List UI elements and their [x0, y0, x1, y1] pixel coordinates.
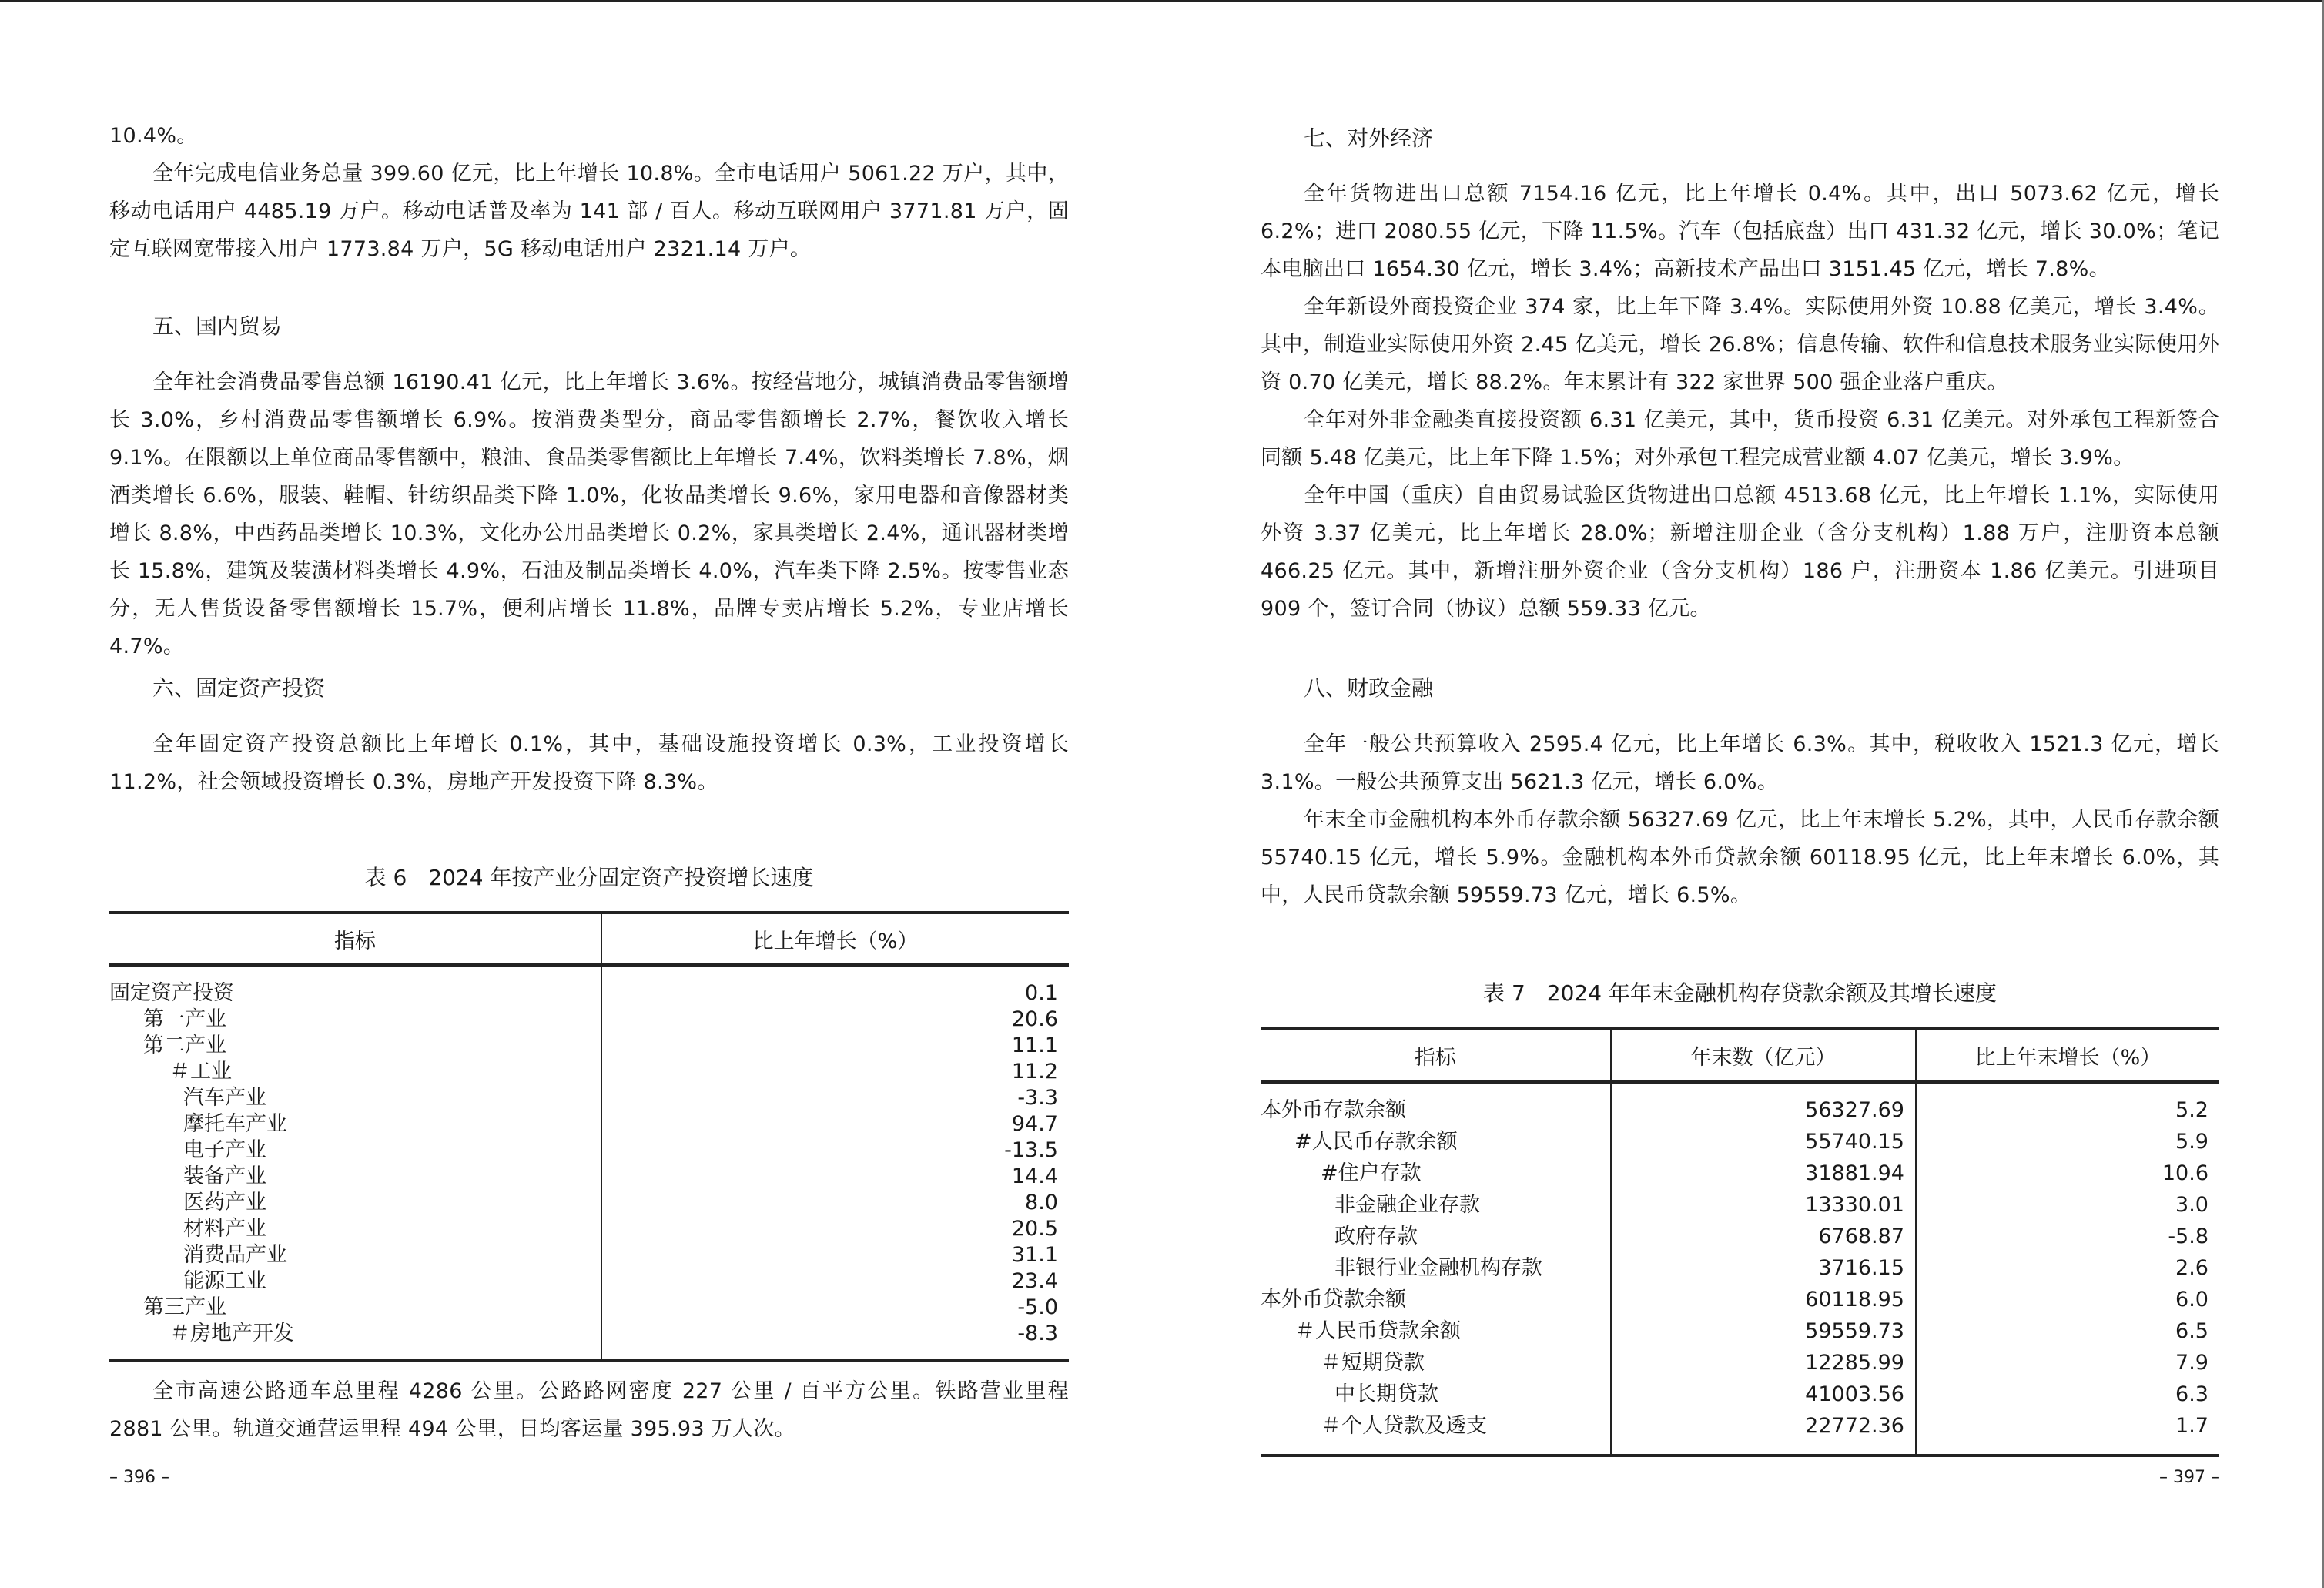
table-row: 固定资产投资0.1 [109, 965, 1069, 1007]
row-value: -13.5 [601, 1137, 1069, 1164]
row-value: 14.4 [601, 1164, 1069, 1190]
row-growth: -5.8 [1916, 1221, 2219, 1252]
table-row: 材料产业20.5 [109, 1216, 1069, 1242]
row-amount: 31881.94 [1611, 1157, 1916, 1189]
row-value: 94.7 [601, 1111, 1069, 1137]
table-row: #住户存款31881.9410.6 [1261, 1157, 2219, 1189]
row-amount: 12285.99 [1611, 1347, 1916, 1379]
paragraph-finance: 年末全市金融机构本外币存款余额 56327.69 亿元，比上年末增长 5.2%，… [1261, 801, 2219, 914]
row-growth: 1.7 [1916, 1410, 2219, 1456]
paragraph-trade-total: 全年货物进出口总额 7154.16 亿元，比上年增长 0.4%。其中，出口 50… [1261, 175, 2219, 288]
table-row: 摩托车产业94.7 [109, 1111, 1069, 1137]
table-row: 装备产业14.4 [109, 1164, 1069, 1190]
row-value: -5.0 [601, 1295, 1069, 1321]
row-label: 装备产业 [109, 1164, 601, 1190]
row-amount: 60118.95 [1611, 1284, 1916, 1315]
row-growth: 5.2 [1916, 1082, 2219, 1126]
row-label: 消费品产业 [109, 1242, 601, 1268]
table7-deposits-loans: 指标 年末数（亿元） 比上年末增长（%） 本外币存款余额56327.695.2 … [1261, 1027, 2219, 1457]
table6-investment-growth: 指标 比上年增长（%） 固定资产投资0.1 第一产业20.6 第二产业11.1 … [109, 911, 1069, 1362]
table7-caption: 表 7 2024 年年末金融机构存贷款余额及其增长速度 [1261, 978, 2219, 1009]
table-row: ＃工业11.2 [109, 1059, 1069, 1085]
row-label: 本外币贷款余额 [1261, 1284, 1611, 1315]
table-row: 本外币贷款余额60118.956.0 [1261, 1284, 2219, 1315]
paragraph-transport: 全市高速公路通车总里程 4286 公里。公路路网密度 227 公里 / 百平方公… [109, 1372, 1069, 1448]
row-growth: 7.9 [1916, 1347, 2219, 1379]
row-label: 本外币存款余额 [1261, 1082, 1611, 1126]
paragraph-odi: 全年对外非金融类直接投资额 6.31 亿美元，其中，货币投资 6.31 亿美元。… [1261, 401, 2219, 477]
row-label: 摩托车产业 [109, 1111, 601, 1137]
table6-header-indicator: 指标 [109, 913, 601, 965]
table6-header-growth: 比上年增长（%） [601, 913, 1069, 965]
table7-header-amount: 年末数（亿元） [1611, 1028, 1916, 1082]
page-number: – 397 – [2159, 1468, 2219, 1487]
table-row: 汽车产业-3.3 [109, 1085, 1069, 1111]
row-label: 第二产业 [109, 1033, 601, 1059]
section-heading-fixed-investment: 六、固定资产投资 [152, 673, 325, 704]
table-row: 第二产业11.1 [109, 1033, 1069, 1059]
row-label: 能源工业 [109, 1268, 601, 1295]
row-growth: 6.5 [1916, 1315, 2219, 1347]
table-row: 非银行业金融机构存款3716.152.6 [1261, 1252, 2219, 1284]
table-row: 非金融企业存款13330.013.0 [1261, 1189, 2219, 1221]
row-label: 非金融企业存款 [1261, 1189, 1611, 1221]
row-amount: 13330.01 [1611, 1189, 1916, 1221]
table7-header-growth: 比上年末增长（%） [1916, 1028, 2219, 1082]
row-value: 20.6 [601, 1007, 1069, 1033]
row-value: 23.4 [601, 1268, 1069, 1295]
row-value: 0.1 [601, 965, 1069, 1007]
paragraph-continuation: 10.4%。 [109, 117, 1069, 155]
table-row: ＃房地产开发-8.3 [109, 1321, 1069, 1361]
row-amount: 22772.36 [1611, 1410, 1916, 1456]
row-label: 汽车产业 [109, 1085, 601, 1111]
section-heading-domestic-trade: 五、国内贸易 [152, 311, 282, 342]
table-row: ＃人民币贷款余额59559.736.5 [1261, 1315, 2219, 1347]
paragraph-fixed-investment: 全年固定资产投资总额比上年增长 0.1%，其中，基础设施投资增长 0.3%，工业… [109, 725, 1069, 801]
table-row: ＃个人贷款及透支22772.361.7 [1261, 1410, 2219, 1456]
row-growth: 6.0 [1916, 1284, 2219, 1315]
table-row: ＃短期贷款12285.997.9 [1261, 1347, 2219, 1379]
row-growth: 6.3 [1916, 1379, 2219, 1410]
row-value: 31.1 [601, 1242, 1069, 1268]
row-growth: 3.0 [1916, 1189, 2219, 1221]
paragraph-budget: 全年一般公共预算收入 2595.4 亿元，比上年增长 6.3%。其中，税收收入 … [1261, 725, 2219, 801]
row-label: 材料产业 [109, 1216, 601, 1242]
paragraph-fdi: 全年新设外商投资企业 374 家，比上年下降 3.4%。实际使用外资 10.88… [1261, 288, 2219, 401]
row-value: -3.3 [601, 1085, 1069, 1111]
row-label: 政府存款 [1261, 1221, 1611, 1252]
row-label: ＃工业 [109, 1059, 601, 1085]
row-label: 中长期贷款 [1261, 1379, 1611, 1410]
row-label: 非银行业金融机构存款 [1261, 1252, 1611, 1284]
table-row: 医药产业8.0 [109, 1190, 1069, 1216]
section-heading-foreign-economy: 七、对外经济 [1304, 123, 1433, 154]
table-row: #人民币存款余额55740.155.9 [1261, 1126, 2219, 1157]
row-label: ＃人民币贷款余额 [1261, 1315, 1611, 1347]
row-amount: 55740.15 [1611, 1126, 1916, 1157]
table-row: 政府存款6768.87-5.8 [1261, 1221, 2219, 1252]
row-value: 11.1 [601, 1033, 1069, 1059]
row-label: #人民币存款余额 [1261, 1126, 1611, 1157]
table7-header-indicator: 指标 [1261, 1028, 1611, 1082]
row-label: 电子产业 [109, 1137, 601, 1164]
paragraph-free-trade-zone: 全年中国（重庆）自由贸易试验区货物进出口总额 4513.68 亿元，比上年增长 … [1261, 477, 2219, 628]
row-amount: 41003.56 [1611, 1379, 1916, 1410]
table-row: 第三产业-5.0 [109, 1295, 1069, 1321]
row-value: -8.3 [601, 1321, 1069, 1361]
table-row: 能源工业23.4 [109, 1268, 1069, 1295]
section-heading-fiscal-finance: 八、财政金融 [1304, 673, 1433, 704]
row-label: 固定资产投资 [109, 965, 601, 1007]
row-value: 20.5 [601, 1216, 1069, 1242]
table-row: 消费品产业31.1 [109, 1242, 1069, 1268]
table-row: 电子产业-13.5 [109, 1137, 1069, 1164]
paragraph-domestic-trade: 全年社会消费品零售总额 16190.41 亿元，比上年增长 3.6%。按经营地分… [109, 363, 1069, 665]
row-amount: 3716.15 [1611, 1252, 1916, 1284]
page-number: – 396 – [109, 1468, 169, 1487]
row-growth: 2.6 [1916, 1252, 2219, 1284]
row-label: 第一产业 [109, 1007, 601, 1033]
table6-caption: 表 6 2024 年按产业分固定资产投资增长速度 [109, 863, 1069, 893]
table-row: 中长期贷款41003.566.3 [1261, 1379, 2219, 1410]
paragraph-telecom: 全年完成电信业务总量 399.60 亿元，比上年增长 10.8%。全市电话用户 … [109, 155, 1069, 268]
page-top-rule [0, 0, 2324, 2]
row-label: 医药产业 [109, 1190, 601, 1216]
row-value: 11.2 [601, 1059, 1069, 1085]
row-amount: 56327.69 [1611, 1082, 1916, 1126]
row-label: ＃短期贷款 [1261, 1347, 1611, 1379]
row-label: ＃个人贷款及透支 [1261, 1410, 1611, 1456]
row-growth: 10.6 [1916, 1157, 2219, 1189]
row-label: #住户存款 [1261, 1157, 1611, 1189]
table-row: 第一产业20.6 [109, 1007, 1069, 1033]
row-label: ＃房地产开发 [109, 1321, 601, 1361]
row-label: 第三产业 [109, 1295, 601, 1321]
table-row: 本外币存款余额56327.695.2 [1261, 1082, 2219, 1126]
row-growth: 5.9 [1916, 1126, 2219, 1157]
row-amount: 6768.87 [1611, 1221, 1916, 1252]
row-value: 8.0 [601, 1190, 1069, 1216]
row-amount: 59559.73 [1611, 1315, 1916, 1347]
